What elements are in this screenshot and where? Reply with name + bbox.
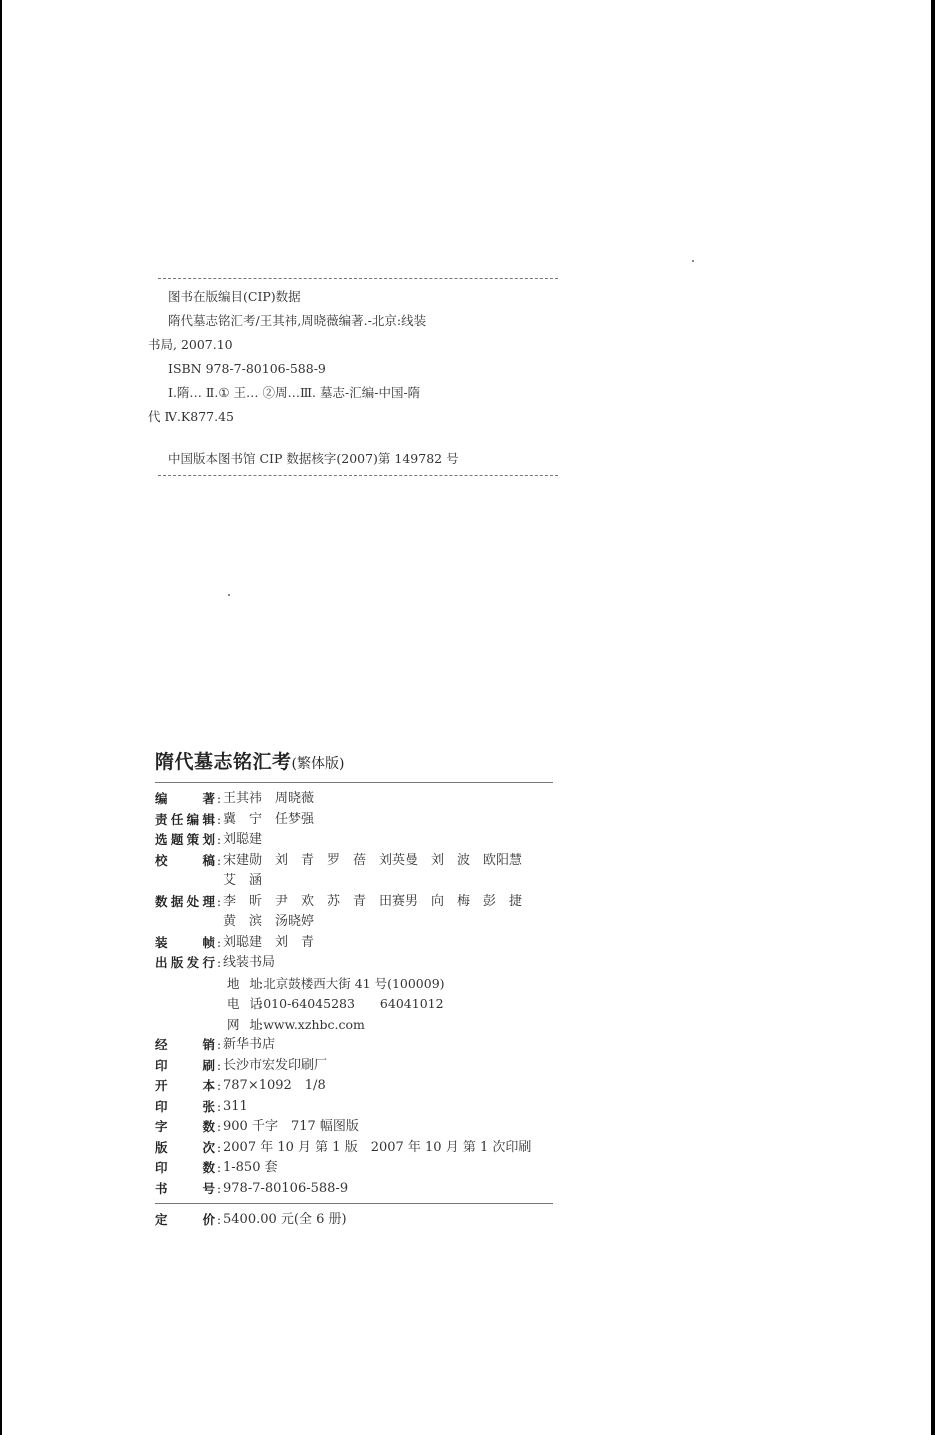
spec-label: 书号 bbox=[155, 1179, 215, 1200]
credit-value: 刘聪建 bbox=[223, 830, 262, 851]
spec-label: 印张 bbox=[155, 1097, 215, 1118]
spec-row-word-count: 字数 : 900 千字 717 幅图版 bbox=[155, 1117, 555, 1138]
credit-row-publisher: 出版发行 : 线装书局 bbox=[155, 953, 555, 974]
cip-data-block: 图书在版编目(CIP)数据 隋代墓志铭汇考/王其祎,周晓薇编著.-北京:线装 书… bbox=[148, 278, 553, 476]
credit-value: 李 昕 尹 欢 苏 青 田赛男 向 梅 彭 捷 bbox=[223, 892, 522, 913]
colophon: 隋代墓志铭汇考(繁体版) 编著 : 王其祎 周晓薇 责任编辑 : 冀 宁 任梦强… bbox=[155, 748, 555, 1231]
credit-value: 王其祎 周晓薇 bbox=[223, 789, 314, 810]
publisher-phone: 电话:010-64045283 64041012 bbox=[155, 994, 555, 1015]
credit-row-binding-design: 装帧 : 刘聪建 刘 青 bbox=[155, 933, 555, 954]
spec-value: 新华书店 bbox=[223, 1035, 275, 1056]
credit-row-proofreading: 校稿 : 宋建勋 刘 青 罗 蓓 刘英曼 刘 波 欧阳慧 bbox=[155, 851, 555, 872]
dashed-divider-bottom bbox=[158, 475, 558, 476]
credit-value: 线装书局 bbox=[223, 953, 275, 974]
scan-border-right bbox=[931, 0, 935, 1435]
spec-label: 开本 bbox=[155, 1076, 215, 1097]
spec-row-isbn: 书号 : 978-7-80106-588-9 bbox=[155, 1179, 555, 1200]
credit-row-data-processing: 数据处理 : 李 昕 尹 欢 苏 青 田赛男 向 梅 彭 捷 bbox=[155, 892, 555, 913]
scan-border-left bbox=[0, 0, 2, 1435]
spec-label: 经销 bbox=[155, 1035, 215, 1056]
spec-row-format: 开本 : 787×1092 1/8 bbox=[155, 1076, 555, 1097]
credit-row-responsible-editor: 责任编辑 : 冀 宁 任梦强 bbox=[155, 810, 555, 831]
spec-label: 印数 bbox=[155, 1158, 215, 1179]
spec-value: 2007 年 10 月 第 1 版 2007 年 10 月 第 1 次印刷 bbox=[223, 1138, 531, 1159]
credit-label: 责任编辑 bbox=[155, 810, 215, 831]
title-rule bbox=[155, 782, 553, 783]
credit-label: 数据处理 bbox=[155, 892, 215, 913]
book-edition: (繁体版) bbox=[292, 756, 345, 772]
credit-value: 冀 宁 任梦强 bbox=[223, 810, 314, 831]
spec-value: 长沙市宏发印刷厂 bbox=[223, 1056, 327, 1077]
credit-label: 出版发行 bbox=[155, 953, 215, 974]
cip-approval-number: 中国版本图书馆 CIP 数据核字(2007)第 149782 号 bbox=[148, 447, 553, 471]
credit-value: 宋建勋 刘 青 罗 蓓 刘英曼 刘 波 欧阳慧 bbox=[223, 851, 522, 872]
credit-continuation: 艾 涵 bbox=[155, 871, 555, 892]
credit-label: 编著 bbox=[155, 789, 215, 810]
book-title: 隋代墓志铭汇考(繁体版) bbox=[155, 748, 555, 778]
credit-continuation: 黄 滨 汤晓婷 bbox=[155, 912, 555, 933]
publisher-website: 网址:www.xzhbc.com bbox=[155, 1015, 555, 1036]
spec-row-printer: 印刷 : 长沙市宏发印刷厂 bbox=[155, 1056, 555, 1077]
credit-label: 选题策划 bbox=[155, 830, 215, 851]
scan-speck bbox=[228, 594, 230, 596]
credit-row-editors: 编著 : 王其祎 周晓薇 bbox=[155, 789, 555, 810]
spec-value: 787×1092 1/8 bbox=[223, 1076, 326, 1097]
credit-row-planning: 选题策划 : 刘聪建 bbox=[155, 830, 555, 851]
spec-row-print-run: 印数 : 1-850 套 bbox=[155, 1158, 555, 1179]
spec-value: 978-7-80106-588-9 bbox=[223, 1179, 348, 1200]
cip-classification-cont: 代 Ⅳ.K877.45 bbox=[148, 405, 553, 429]
cip-line: 书局, 2007.10 bbox=[148, 333, 553, 357]
spec-label: 版次 bbox=[155, 1138, 215, 1159]
spec-row-distributor: 经销 : 新华书店 bbox=[155, 1035, 555, 1056]
cip-isbn: ISBN 978-7-80106-588-9 bbox=[148, 357, 553, 381]
price-value: 5400.00 元(全 6 册) bbox=[223, 1210, 347, 1231]
cip-line: 隋代墓志铭汇考/王其祎,周晓薇编著.-北京:线装 bbox=[148, 309, 553, 333]
price-row: 定价 : 5400.00 元(全 6 册) bbox=[155, 1210, 555, 1231]
spec-value: 311 bbox=[223, 1097, 248, 1118]
credit-value: 刘聪建 刘 青 bbox=[223, 933, 314, 954]
cip-classification: Ⅰ.隋… Ⅱ.① 王… ②周…Ⅲ. 墓志-汇编-中国-隋 bbox=[148, 381, 553, 405]
spec-value: 1-850 套 bbox=[223, 1158, 278, 1179]
book-title-main: 隋代墓志铭汇考 bbox=[155, 751, 292, 773]
spec-label: 印刷 bbox=[155, 1056, 215, 1077]
credit-label: 校稿 bbox=[155, 851, 215, 872]
cip-heading: 图书在版编目(CIP)数据 bbox=[148, 285, 553, 309]
credit-label: 装帧 bbox=[155, 933, 215, 954]
spec-row-edition: 版次 : 2007 年 10 月 第 1 版 2007 年 10 月 第 1 次… bbox=[155, 1138, 555, 1159]
spec-row-sheets: 印张 : 311 bbox=[155, 1097, 555, 1118]
price-rule bbox=[155, 1203, 553, 1204]
spec-value: 900 千字 717 幅图版 bbox=[223, 1117, 359, 1138]
spec-label: 字数 bbox=[155, 1117, 215, 1138]
publisher-address: 地址:北京鼓楼西大街 41 号(100009) bbox=[155, 974, 555, 995]
scan-speck bbox=[692, 260, 694, 262]
price-label: 定价 bbox=[155, 1210, 215, 1231]
